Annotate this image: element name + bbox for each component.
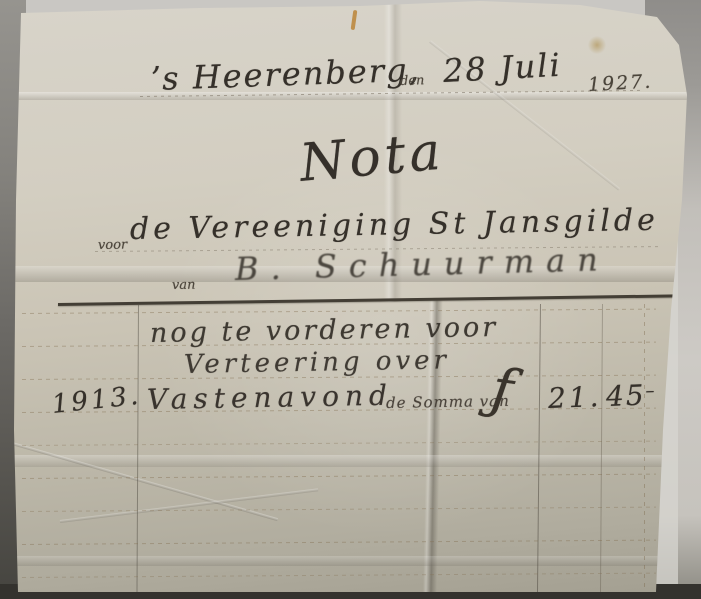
florin-currency-symbol: ƒ (487, 356, 517, 423)
entry-line-2: Verteering over (184, 345, 450, 380)
paper-fold-bottom (0, 556, 701, 566)
stain-brown-spot (588, 36, 606, 54)
ledger-line (22, 309, 656, 314)
amount-cents-dash: – (645, 380, 657, 401)
photo-frame: ʼs Heerenberg, den 28 Juli 1927. Nota vo… (0, 0, 701, 599)
dateline-day-month: 28 Juli (442, 46, 563, 90)
ledger-line (22, 441, 656, 446)
ledger-line (22, 573, 656, 578)
document-paper: ʼs Heerenberg, den 28 Juli 1927. Nota vo… (0, 0, 701, 593)
ink-stain-orange (351, 10, 358, 30)
voor-label: voor (98, 237, 127, 253)
ledger-line (22, 507, 656, 512)
amount-cents-value: 45 (605, 379, 646, 413)
dateline-year: 1927. (587, 71, 652, 96)
van-label: van (172, 278, 196, 293)
person-name: B. Schuurman (235, 240, 611, 288)
entry-line-3: Vastenavond (147, 379, 393, 416)
dateline-den-label: den (400, 73, 425, 89)
ledger-line (22, 540, 656, 545)
year-column-line (136, 304, 139, 592)
ledger-line (22, 474, 656, 479)
amount-cents: 45– (605, 378, 657, 413)
amount-guilders: 21. (547, 380, 602, 415)
document-title: Nota (297, 122, 446, 194)
amount-column-line-3 (644, 304, 645, 592)
main-horizontal-rule (58, 294, 682, 306)
entry-line-1: nog te vorderen voor (150, 312, 499, 349)
amount-column-line-1 (537, 304, 541, 592)
dateline-place: ʼs Heerenberg, (149, 51, 421, 98)
paper-crease-diagonal-lower (60, 488, 318, 523)
entry-year: 1913. (50, 381, 142, 420)
amount-column-line-2 (600, 304, 603, 592)
paper-fold-lower (0, 455, 701, 467)
